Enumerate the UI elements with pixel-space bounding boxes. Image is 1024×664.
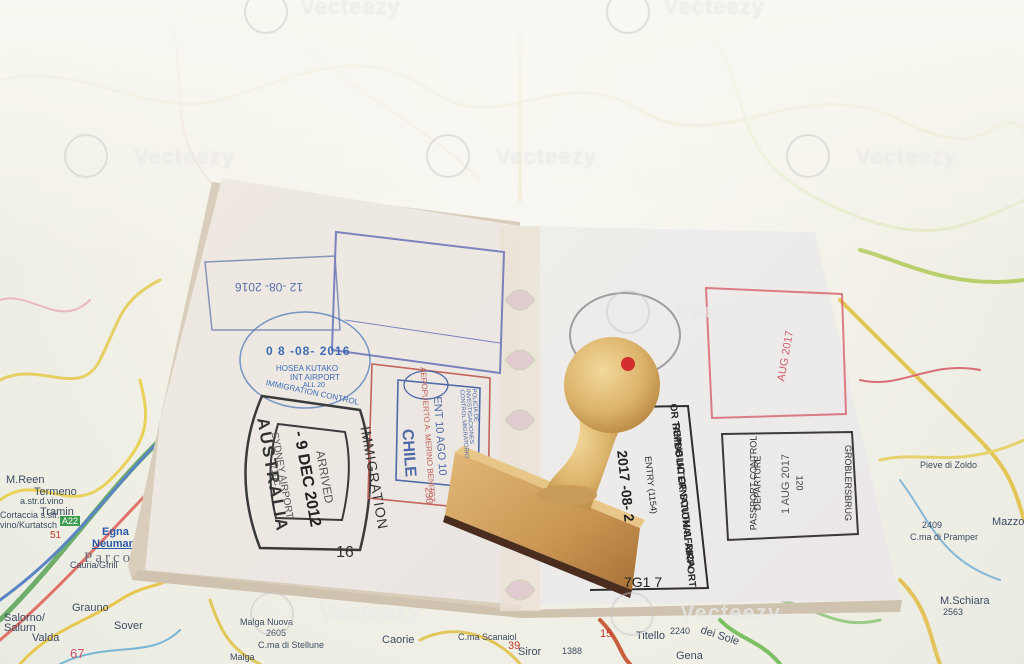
- passport: [0, 0, 1024, 664]
- stamp-rect-date: 12 -08- 2016: [235, 280, 303, 294]
- watermark-logo-icon: [426, 134, 470, 178]
- watermark-logo-icon: [786, 134, 830, 178]
- photo-scene: M.Reen Termeno a.str.d.vino Tramin Corta…: [0, 0, 1024, 664]
- watermark-logo-icon: [610, 592, 654, 636]
- watermark: Vecteezy: [496, 144, 597, 170]
- watermark-logo-icon: [606, 290, 650, 334]
- watermark: Vecteezy: [680, 600, 781, 626]
- watermark: Vecteezy: [134, 144, 235, 170]
- watermark: Vecteezy: [300, 0, 401, 20]
- watermark: Vecteezy: [856, 144, 957, 170]
- watermark-logo-icon: [64, 134, 108, 178]
- watermark: Vecteezy: [320, 600, 421, 626]
- watermark: Vecteezy: [676, 298, 777, 324]
- watermark-logo-icon: [250, 592, 294, 636]
- watermark: Vecteezy: [664, 0, 765, 20]
